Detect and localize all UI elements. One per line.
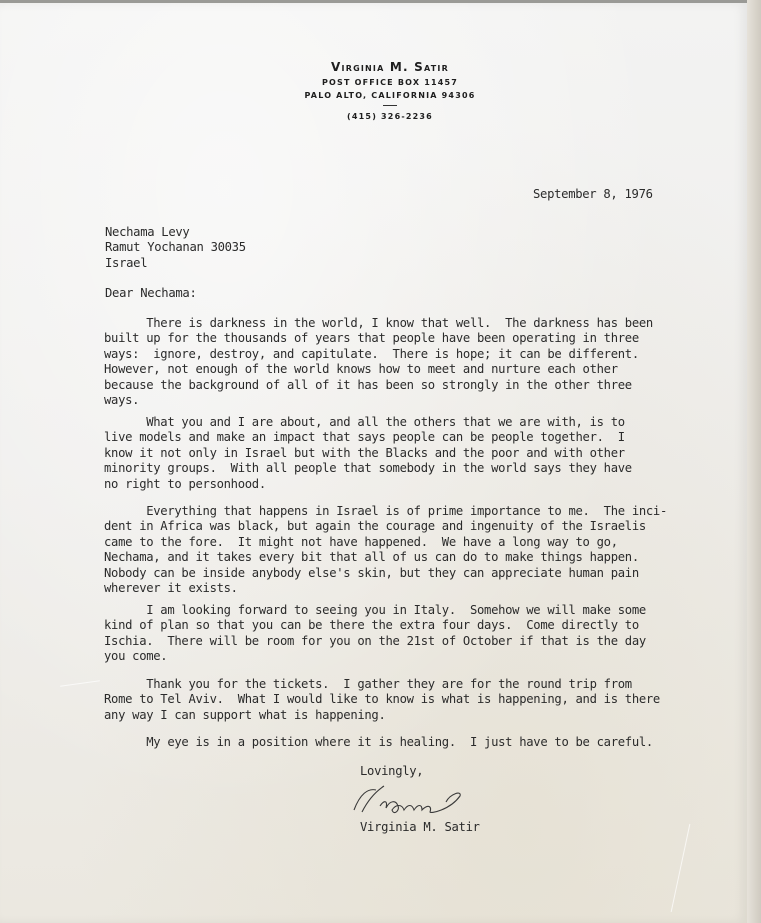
letterhead-address-line2: PALO ALTO, CALIFORNIA 94306 xyxy=(280,91,500,100)
photo-edge-right xyxy=(747,0,761,923)
paragraph-1: There is darkness in the world, I know t… xyxy=(104,316,653,408)
handwritten-signature: Virginia xyxy=(350,780,470,820)
salutation: Dear Nechama: xyxy=(105,286,197,301)
typed-signature-name: Virginia M. Satir xyxy=(360,820,480,835)
letterhead-phone: (415) 326-2236 xyxy=(280,112,500,121)
letterhead: Virginia M. Satir POST OFFICE BOX 11457 … xyxy=(280,60,500,121)
closing: Lovingly, xyxy=(360,764,423,779)
recipient-line2: Ramut Yochanan 30035 xyxy=(105,240,246,254)
letterhead-name: Virginia M. Satir xyxy=(280,60,500,74)
paragraph-2: What you and I are about, and all the ot… xyxy=(104,415,632,492)
paragraph-4: I am looking forward to seeing you in It… xyxy=(104,603,646,665)
letterhead-divider xyxy=(383,105,397,106)
recipient-address: Nechama Levy Ramut Yochanan 30035 Israel xyxy=(105,225,246,271)
letter-date: September 8, 1976 xyxy=(533,187,653,202)
paragraph-5: Thank you for the tickets. I gather they… xyxy=(104,677,660,723)
recipient-line3: Israel xyxy=(105,256,147,270)
recipient-name: Nechama Levy xyxy=(105,225,189,239)
letterhead-address-line1: POST OFFICE BOX 11457 xyxy=(280,78,500,87)
paragraph-3: Everything that happens in Israel is of … xyxy=(104,504,667,596)
paragraph-6: My eye is in a position where it is heal… xyxy=(104,735,653,750)
